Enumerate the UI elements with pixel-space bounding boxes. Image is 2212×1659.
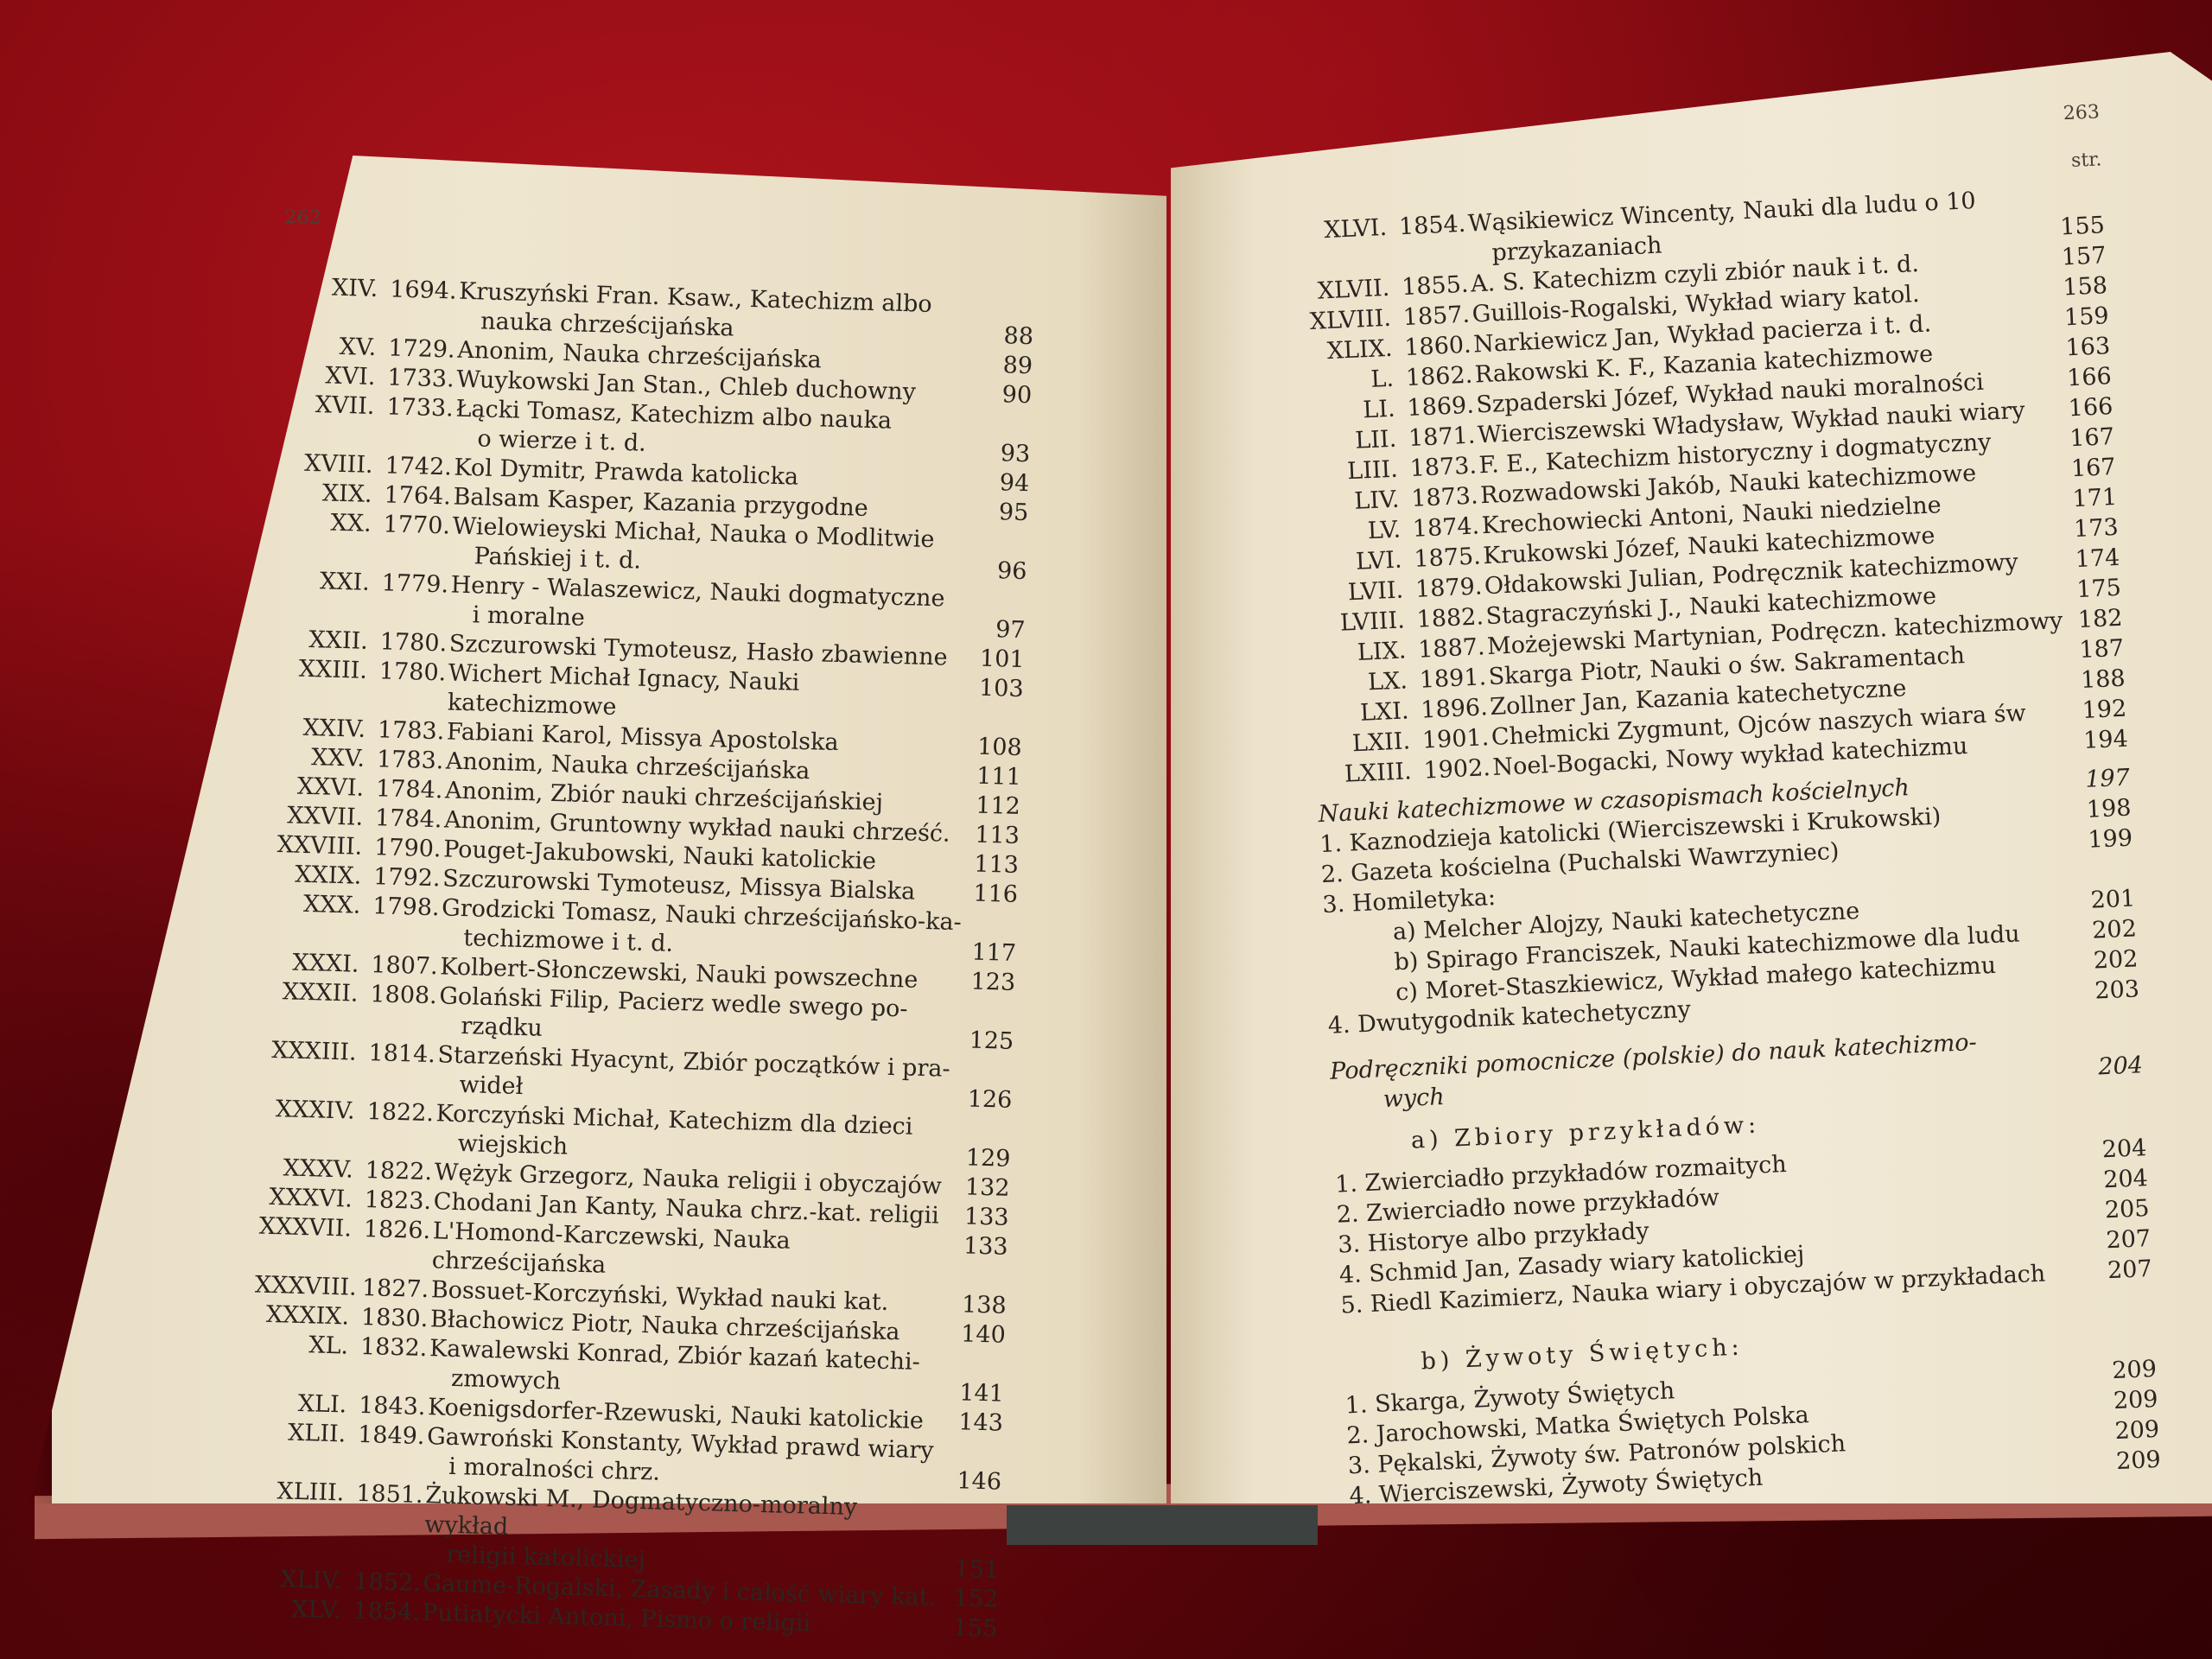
year: 1783. <box>377 745 447 776</box>
page-ref: 129 <box>955 1143 1011 1174</box>
page-ref: 157 <box>2050 240 2107 273</box>
left-page-content: 262 XIV.1694.Kruszyński Fran. Ksaw., Kat… <box>245 203 1037 1644</box>
page-ref: 132 <box>954 1173 1010 1204</box>
right-page-content: 263 str. XLVI.1854.Wąsikiewicz Wincenty,… <box>1287 97 2161 1511</box>
roman-numeral: LIX. <box>1311 635 1419 671</box>
page-ref: 209 <box>2103 1414 2160 1447</box>
year: 1742. <box>385 451 454 482</box>
roman-numeral: LVIII. <box>1309 605 1417 640</box>
year: 1733. <box>386 392 456 423</box>
year: 1854. <box>353 1597 423 1628</box>
page-ref <box>2049 202 2104 205</box>
year: 1814. <box>368 1039 438 1070</box>
page-ref: 159 <box>2053 301 2110 334</box>
year: 1860. <box>1404 330 1475 364</box>
roman-numeral: XIV. <box>283 272 391 304</box>
page-ref: 201 <box>2079 883 2136 916</box>
year: 1823. <box>364 1185 434 1217</box>
year: 1855. <box>1401 270 1471 303</box>
roman-numeral: XLVIII. <box>1295 302 1403 338</box>
page-number: 263 <box>2063 97 2101 129</box>
page-ref: 188 <box>2069 664 2126 696</box>
year: 1896. <box>1421 692 1491 726</box>
year: 1857. <box>1402 300 1473 334</box>
page-ref: 207 <box>2096 1254 2153 1287</box>
page-ref <box>956 1135 1011 1137</box>
page-ref: 133 <box>952 1231 1008 1262</box>
page-ref: 151 <box>944 1554 1000 1586</box>
page-ref: 88 <box>978 321 1034 352</box>
page-ref: 125 <box>958 1026 1014 1057</box>
roman-numeral: XXXIII. <box>261 1036 369 1068</box>
year: 1733. <box>387 363 457 394</box>
page-ref <box>970 607 1026 608</box>
roman-numeral: LIV. <box>1304 484 1412 519</box>
page-ref: 173 <box>2063 512 2120 545</box>
roman-numeral: XX. <box>276 507 384 539</box>
year: 1875. <box>1414 541 1484 575</box>
roman-numeral: XLIV. <box>246 1564 354 1596</box>
year: 1852. <box>353 1567 423 1599</box>
page-ref: 94 <box>974 467 1030 499</box>
year: 1783. <box>378 715 448 747</box>
roman-numeral: XXXV. <box>257 1154 365 1185</box>
page-ref: 113 <box>963 820 1020 851</box>
page-ref: 187 <box>2068 633 2125 666</box>
page-ref: 101 <box>969 644 1025 675</box>
roman-numeral: XXXIV. <box>259 1095 367 1127</box>
year: 1808. <box>370 980 440 1011</box>
page-ref: 166 <box>2057 391 2114 424</box>
page-ref: 152 <box>943 1584 999 1615</box>
periodicals-list: 1. Kaznodzieja katolicki (Wierciszewski … <box>1319 793 2140 1041</box>
page-ref: 167 <box>2060 452 2117 485</box>
page-ref: 182 <box>2067 603 2124 636</box>
roman-numeral: XXVIII. <box>267 830 375 862</box>
year: 1843. <box>359 1391 429 1422</box>
page-ref <box>976 430 1031 432</box>
roman-numeral: LVI. <box>1306 544 1414 580</box>
roman-numeral: LXII. <box>1314 726 1422 761</box>
year: 1891. <box>1419 662 1490 696</box>
page-ref: 207 <box>2094 1224 2152 1256</box>
page-ref: 163 <box>2054 331 2111 364</box>
year: 1764. <box>384 480 454 512</box>
year: 1694. <box>390 275 460 306</box>
page-ref: 103 <box>968 673 1024 704</box>
roman-numeral: XXIV. <box>270 713 378 745</box>
page-ref: 112 <box>964 791 1020 822</box>
page-ref: 113 <box>963 849 1019 880</box>
roman-numeral: LV. <box>1305 514 1413 550</box>
roman-numeral: XXIII. <box>271 654 379 686</box>
toc-list: XIV.1694.Kruszyński Fran. Ksaw., Katechi… <box>245 272 1034 1644</box>
year: 1869. <box>1407 390 1478 423</box>
year: 1854. <box>1398 209 1469 243</box>
page-ref: 155 <box>942 1613 998 1644</box>
year: 1780. <box>378 657 448 688</box>
roman-numeral: LIII. <box>1302 454 1410 489</box>
roman-numeral: XXVII. <box>268 801 376 833</box>
roman-numeral: XXV. <box>270 742 378 774</box>
roman-numeral: XLI. <box>251 1388 359 1420</box>
year: 1902. <box>1423 753 1494 786</box>
page-ref: 166 <box>2056 361 2113 394</box>
year: 1851. <box>356 1479 426 1510</box>
page-ref: 140 <box>950 1319 1006 1351</box>
page-ref: 209 <box>2102 1384 2159 1417</box>
year: 1784. <box>376 774 446 805</box>
year: 1798. <box>372 892 442 923</box>
page-ref: 97 <box>969 614 1026 645</box>
page-ref: 89 <box>977 350 1033 381</box>
page-ref: 209 <box>2105 1445 2162 1478</box>
year: 1790. <box>374 833 444 864</box>
page-ref: 123 <box>960 967 1016 998</box>
page-ref <box>950 1370 1005 1372</box>
page-ref: 117 <box>961 938 1017 969</box>
roman-numeral: XXI. <box>274 566 382 598</box>
year: 1901. <box>1421 722 1492 756</box>
page-ref: 96 <box>971 556 1027 587</box>
page-ref: 95 <box>973 497 1029 528</box>
page-ref <box>979 313 1034 315</box>
page-ref: 175 <box>2065 573 2122 606</box>
year: 1873. <box>1411 480 1482 514</box>
roman-numeral: LXI. <box>1313 696 1421 731</box>
year: 1879. <box>1414 571 1485 605</box>
page-ref <box>957 1077 1013 1078</box>
page-ref: 126 <box>957 1084 1013 1116</box>
roman-numeral: LXIII. <box>1316 756 1424 791</box>
page-ref: 108 <box>966 732 1022 763</box>
toc-list: XLVI.1854.Wąsikiewicz Wincenty, Nauki dl… <box>1291 180 2128 791</box>
column-header: str. <box>2070 144 2102 176</box>
page-ref: 199 <box>2076 823 2133 855</box>
roman-numeral: XLVII. <box>1294 272 1402 308</box>
roman-numeral: XVIII. <box>277 448 385 480</box>
year: 1827. <box>361 1274 431 1305</box>
year: 1826. <box>363 1215 433 1246</box>
roman-numeral: XV. <box>281 331 389 363</box>
roman-numeral: XVII. <box>279 390 387 422</box>
page-ref <box>972 548 1027 550</box>
page-ref: 194 <box>2072 724 2129 757</box>
year: 1887. <box>1417 632 1488 665</box>
year: 1784. <box>375 804 445 835</box>
roman-numeral: XXII. <box>272 625 380 657</box>
page-ref: 141 <box>948 1378 1004 1409</box>
year: 1770. <box>383 510 453 541</box>
year: 1874. <box>1412 511 1483 544</box>
roman-numeral: XXXVIII. <box>255 1271 363 1303</box>
page-ref: 192 <box>2070 694 2127 727</box>
page-ref: 146 <box>946 1466 1002 1497</box>
roman-numeral: XXXII. <box>263 977 371 1009</box>
book-spine-band <box>1007 1505 1318 1545</box>
year: 1871. <box>1408 420 1478 454</box>
roman-numeral: LVII. <box>1307 575 1415 610</box>
roman-numeral: L. <box>1298 363 1406 398</box>
page-ref <box>962 930 1017 931</box>
page-number: 262 <box>284 203 321 233</box>
roman-numeral: XXIX. <box>266 860 374 892</box>
roman-numeral: LX. <box>1312 665 1420 701</box>
page-ref: 155 <box>2049 210 2106 243</box>
page-ref: 90 <box>976 379 1033 410</box>
page-ref: 202 <box>2081 913 2138 946</box>
year: 1862. <box>1405 359 1476 393</box>
roman-numeral: XLIX. <box>1297 333 1405 368</box>
page-ref: 158 <box>2051 270 2108 303</box>
page-ref: 204 <box>2092 1163 2149 1196</box>
year: 1849. <box>358 1421 428 1452</box>
page-ref <box>959 1018 1014 1020</box>
roman-numeral: XXXVI. <box>257 1183 365 1215</box>
roman-numeral: XL. <box>253 1329 361 1361</box>
year: 1873. <box>1409 450 1480 484</box>
year: 1780. <box>379 627 449 658</box>
page-ref: 202 <box>2082 944 2139 976</box>
roman-numeral: XXXVII. <box>256 1212 364 1244</box>
page-ref: 205 <box>2094 1193 2151 1226</box>
page-ref <box>945 1517 1001 1519</box>
year: 1779. <box>381 569 451 600</box>
page-ref: 111 <box>965 761 1021 792</box>
roman-numeral: XVI. <box>280 360 388 392</box>
page-ref <box>947 1459 1002 1460</box>
roman-numeral: XLVI. <box>1291 212 1399 247</box>
year: 1822. <box>366 1097 436 1128</box>
roman-numeral: XXX. <box>265 889 373 921</box>
roman-numeral: LI. <box>1300 393 1408 429</box>
year: 1830. <box>361 1303 431 1334</box>
year: 1832. <box>360 1332 430 1363</box>
year: 1807. <box>371 950 441 982</box>
page-ref: 203 <box>2083 974 2140 1007</box>
page-ref: 93 <box>975 438 1031 469</box>
year: 1882. <box>1416 601 1487 635</box>
examples-list: 1. Zwierciadło przykładów rozmaitych2042… <box>1334 1133 2152 1320</box>
year: 1792. <box>373 862 443 893</box>
year: 1822. <box>365 1156 435 1187</box>
page-ref: 138 <box>950 1290 1007 1321</box>
roman-numeral: LII. <box>1300 423 1408 459</box>
roman-numeral: XLIII. <box>249 1476 357 1508</box>
page-ref: 198 <box>2075 793 2133 826</box>
page-ref: 204 <box>2091 1133 2148 1166</box>
page-ref: 116 <box>963 879 1019 910</box>
roman-numeral: XLII. <box>251 1417 359 1449</box>
year: 1729. <box>388 334 458 365</box>
roman-numeral: XXXI. <box>264 948 372 980</box>
roman-numeral: XLV. <box>245 1593 353 1625</box>
page-ref: 143 <box>947 1408 1003 1439</box>
page-ref: 133 <box>953 1202 1009 1233</box>
page-ref: 167 <box>2058 422 2115 454</box>
roman-numeral: XXXIX. <box>254 1300 362 1332</box>
page-ref: 209 <box>2101 1354 2158 1387</box>
page-ref: 174 <box>2064 543 2121 575</box>
roman-numeral: XIX. <box>276 478 385 510</box>
page-ref: 171 <box>2061 482 2118 515</box>
roman-numeral: XXVI. <box>269 772 377 804</box>
page-ref <box>2079 875 2134 878</box>
